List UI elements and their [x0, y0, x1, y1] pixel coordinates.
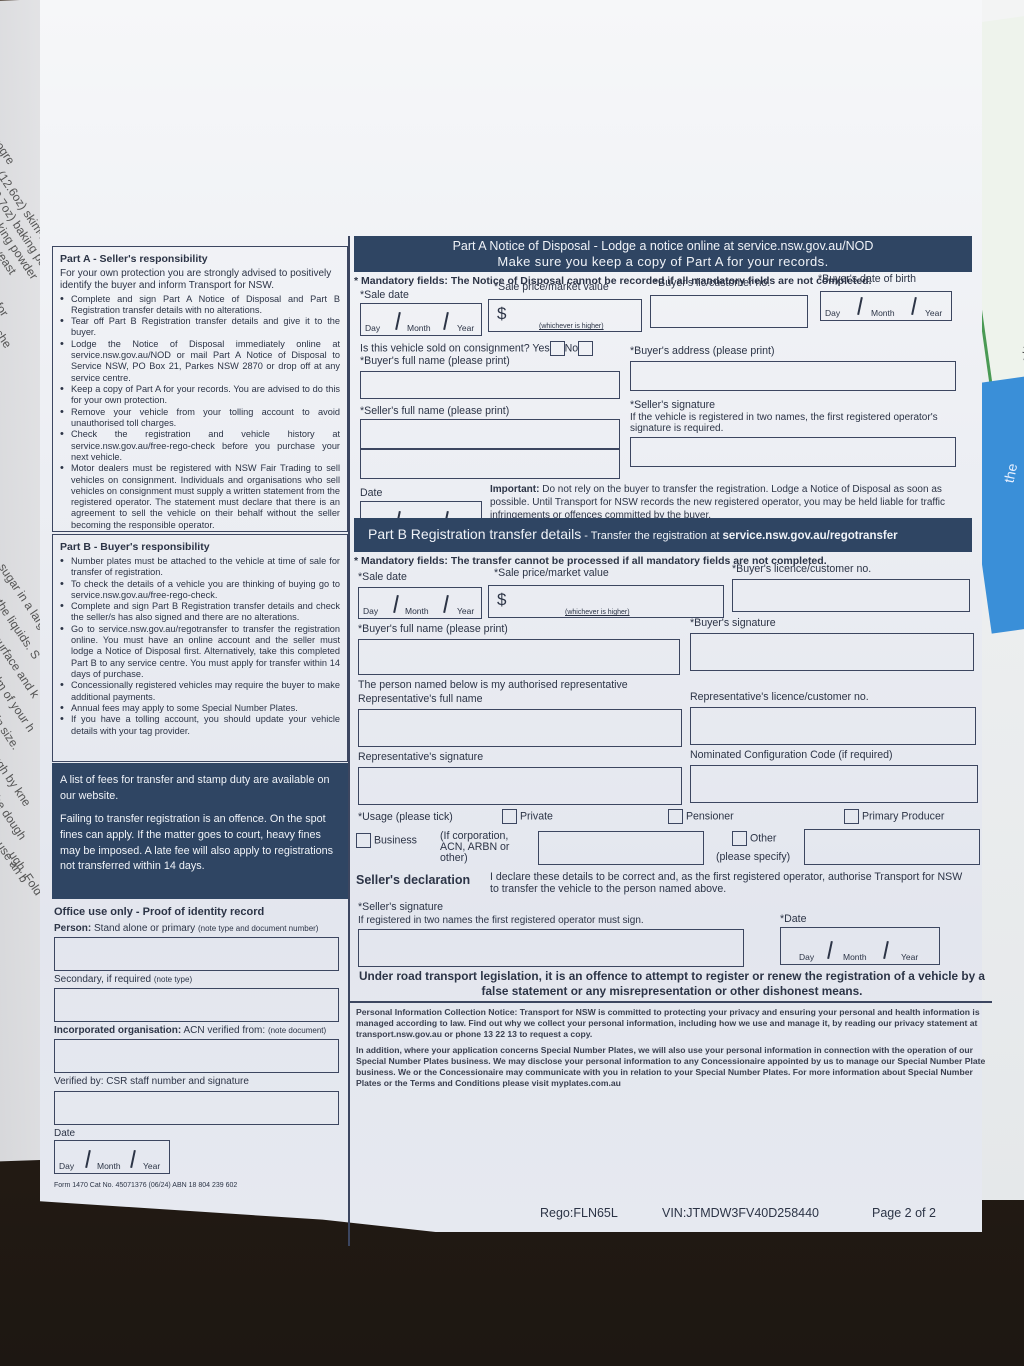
month-label: Month [97, 1161, 121, 1171]
background-green-text: • How effective ... observations analysi… [1019, 0, 1024, 363]
year-label: Year [457, 606, 474, 616]
usage-label: *Usage (please tick) [358, 811, 453, 823]
privacy-title: Personal Information Collection Notice: [356, 1007, 517, 1017]
list-item: Remove your vehicle from your tolling ac… [60, 407, 340, 430]
consignment-yes-checkbox[interactable] [550, 341, 565, 356]
day-label: Day [799, 952, 814, 962]
other-usage-field[interactable] [804, 829, 980, 865]
consignment-no-checkbox[interactable] [578, 341, 593, 356]
usage-business-option[interactable]: Business [356, 833, 417, 848]
banner-title: Part B Registration transfer details [368, 526, 581, 542]
usage-other-option[interactable]: Other [732, 831, 776, 846]
year-label: Year [901, 952, 918, 962]
list-item: Go to service.nsw.gov.au/regotransfer to… [60, 624, 340, 681]
partB-buyer-lic-field[interactable] [732, 579, 970, 612]
other-note: (please specify) [716, 851, 790, 863]
business-note: (If corporation, ACN, ARBN or other) [440, 831, 534, 864]
buyer-sig-label: *Buyer's signature [690, 617, 776, 629]
rego-number: Rego:FLN65L [540, 1206, 618, 1220]
buyer-responsibility-panel: Part B - Buyer's responsibility Number p… [52, 534, 348, 762]
partA-seller-sig-note: If the vehicle is registered in two name… [630, 412, 956, 434]
buyer-name-label: *Buyer's full name (please print) [360, 355, 510, 367]
fees-offence-note: A list of fees for transfer and stamp du… [52, 763, 348, 899]
notice-of-disposal-section: Part A Notice of Disposal - Lodge a noti… [354, 236, 972, 524]
rep-signature-field[interactable] [358, 767, 682, 805]
buyer-signature-field[interactable] [690, 633, 974, 671]
date-separator [883, 941, 889, 959]
secondary-id-field[interactable] [54, 988, 339, 1022]
background-blue-text: the [1001, 462, 1021, 484]
field-divider [361, 448, 619, 450]
verified-label: Verified by: CSR staff number and signat… [54, 1076, 346, 1088]
date-separator [443, 595, 449, 613]
other-checkbox[interactable] [732, 831, 747, 846]
sale-price-label: *Sale price/market value [494, 281, 609, 293]
month-label: Month [405, 606, 429, 616]
list-item: Lodge the Notice of Disposal immediately… [60, 339, 340, 384]
list-item: Annual fees may apply to some Special Nu… [60, 703, 340, 714]
buyer-responsibility-title: Part B - Buyer's responsibility [60, 541, 340, 554]
page-number: Page 2 of 2 [872, 1206, 936, 1220]
seller-responsibility-panel: Part A - Seller's responsibility For you… [52, 246, 348, 532]
office-use-section: Office use only - Proof of identity reco… [52, 902, 348, 1202]
config-code-field[interactable] [690, 765, 978, 803]
dollar-sign: $ [497, 304, 506, 324]
sale-date-label: *Sale date [360, 289, 409, 301]
buyer-responsibility-list: Number plates must be attached to the ve… [60, 556, 340, 737]
list-item: Keep a copy of Part A for your records. … [60, 384, 340, 407]
seller-responsibility-title: Part A - Seller's responsibility [60, 253, 340, 266]
buyer-address-field[interactable] [630, 361, 956, 391]
month-label: Month [407, 323, 431, 333]
date-separator [911, 297, 917, 315]
rep-lic-label: Representative's licence/customer no. [690, 691, 869, 703]
mandatory-note: * Mandatory fields: The transfer cannot … [354, 555, 972, 567]
partA-seller-signature-field[interactable] [630, 437, 956, 467]
whichever-note: (whichever is higher) [539, 323, 604, 330]
org-label: Incorporated organisation: ACN verified … [54, 1025, 346, 1037]
list-item: To check the details of a vehicle you ar… [60, 579, 340, 602]
seller-name-label: *Seller's full name (please print) [360, 405, 509, 417]
section-divider [350, 1001, 992, 1003]
partA-buyer-lic-field[interactable] [650, 295, 808, 328]
partA-sale-date-field[interactable]: Day Month Year [360, 303, 482, 336]
buyer-lic-label: *Buyer's lic/customer no. [654, 277, 770, 289]
date-separator [395, 312, 401, 330]
rep-name-field[interactable] [358, 709, 682, 747]
regotransfer-link[interactable]: service.nsw.gov.au/regotransfer [722, 530, 897, 542]
list-item: Check the registration and vehicle histo… [60, 429, 340, 463]
banner-line-2: Make sure you keep a copy of Part A for … [360, 254, 966, 270]
dollar-sign: $ [497, 590, 506, 610]
date-separator [827, 941, 833, 959]
day-label: Day [363, 606, 378, 616]
partB-seller-sig-note: If registered in two names the first reg… [358, 915, 644, 926]
whichever-note: (whichever is higher) [565, 609, 630, 616]
org-acn-field[interactable] [54, 1039, 339, 1073]
office-date-field[interactable]: Day Month Year [54, 1140, 170, 1174]
list-item: Number plates must be attached to the ve… [60, 556, 340, 579]
year-label: Year [457, 323, 474, 333]
person-id-field[interactable] [54, 937, 339, 971]
offence-note-text: Failing to transfer registration is an o… [60, 812, 340, 875]
banner-line-1: Part A Notice of Disposal - Lodge a noti… [360, 239, 966, 254]
usage-private-option[interactable]: Private [502, 809, 553, 824]
config-code-label: Nominated Configuration Code (if require… [690, 749, 893, 761]
office-date-label: Date [54, 1128, 346, 1140]
buyer-address-label: *Buyer's address (please print) [630, 345, 775, 357]
notice-of-disposal-banner: Part A Notice of Disposal - Lodge a noti… [354, 236, 972, 272]
month-label: Month [871, 308, 895, 318]
verified-by-field[interactable] [54, 1091, 339, 1125]
sale-date-label: *Sale date [358, 571, 407, 583]
date-separator [857, 297, 863, 315]
list-item: Complete and sign Part B Registration tr… [60, 601, 340, 624]
seller-responsibility-list: Complete and sign Part A Notice of Dispo… [60, 294, 340, 532]
partA-buyer-name-field[interactable] [360, 371, 620, 399]
partB-sale-price-field[interactable]: $ (whichever is higher) [488, 585, 724, 618]
partB-date-label: *Date [780, 913, 807, 925]
banner-subtitle: - Transfer the registration at [581, 530, 722, 542]
sale-price-label: *Sale price/market value [494, 567, 609, 579]
buyer-name-label: *Buyer's full name (please print) [358, 623, 508, 635]
list-item: If you have a tolling account, you shoul… [60, 714, 340, 737]
usage-primary-producer-option[interactable]: Primary Producer [844, 809, 944, 824]
list-item: Motor dealers must be registered with NS… [60, 463, 340, 531]
partB-seller-sig-label: *Seller's signature [358, 901, 443, 913]
date-separator [130, 1150, 136, 1168]
legal-warning: Under road transport legislation, it is … [354, 969, 990, 998]
partA-date-label: Date [360, 487, 382, 499]
fees-note-text: A list of fees for transfer and stamp du… [60, 773, 340, 804]
business-checkbox[interactable] [356, 833, 371, 848]
office-use-title: Office use only - Proof of identity reco… [54, 906, 346, 920]
date-separator [85, 1150, 91, 1168]
consignment-label: Is this vehicle sold on consignment? Yes… [360, 341, 593, 356]
partA-sale-price-field[interactable]: $ (whichever is higher) [488, 299, 642, 332]
day-label: Day [59, 1161, 74, 1171]
rep-sig-label: Representative's signature [358, 751, 483, 763]
date-separator [393, 595, 399, 613]
list-item: Complete and sign Part A Notice of Dispo… [60, 294, 340, 317]
vin-number: VIN:JTMDW3FV40D258440 [662, 1206, 819, 1220]
partB-buyer-name-field[interactable] [358, 639, 680, 675]
privacy-paragraph-2: In addition, where your application conc… [356, 1045, 996, 1090]
registration-transfer-banner: Part B Registration transfer details - T… [354, 518, 972, 552]
registration-transfer-section: Part B Registration transfer details - T… [354, 518, 972, 1288]
private-checkbox[interactable] [502, 809, 517, 824]
seller-declaration-title: Seller's declaration [356, 873, 470, 887]
buyer-lic-label: *Buyer's licence/customer no. [732, 563, 871, 575]
month-label: Month [843, 952, 867, 962]
year-label: Year [143, 1161, 160, 1171]
buyer-dob-label: *Buyer's date of birth [818, 273, 916, 285]
year-label: Year [925, 308, 942, 318]
column-divider [348, 236, 350, 1246]
business-acn-field[interactable] [538, 831, 704, 865]
partB-seller-signature-field[interactable] [358, 929, 744, 967]
buyer-dob-field[interactable]: Day Month Year [820, 291, 952, 321]
day-label: Day [825, 308, 840, 318]
seller-name-field[interactable] [360, 419, 620, 479]
important-notice: Important: Do not rely on the buyer to t… [490, 483, 962, 522]
partB-date-field[interactable]: Day Month Year [780, 927, 940, 965]
pensioner-checkbox[interactable] [668, 809, 683, 824]
day-label: Day [365, 323, 380, 333]
recipe-line: 1 Progre [0, 121, 18, 167]
seller-responsibility-intro: For your own protection you are strongly… [60, 268, 340, 293]
rep-name-label: Representative's full name [358, 693, 483, 705]
secondary-label: Secondary, if required (note type) [54, 974, 346, 986]
partA-seller-sig-label: *Seller's signature [630, 399, 715, 411]
seller-declaration-text: I declare these details to be correct an… [490, 871, 974, 895]
list-item: Concessionally registered vehicles may r… [60, 680, 340, 703]
partB-sale-date-field[interactable]: Day Month Year [358, 587, 482, 619]
rep-intro-label: The person named below is my authorised … [358, 679, 628, 691]
primary-producer-checkbox[interactable] [844, 809, 859, 824]
list-item: Tear off Part B Registration transfer de… [60, 316, 340, 339]
usage-pensioner-option[interactable]: Pensioner [668, 809, 734, 824]
form-number: Form 1470 Cat No. 45071376 (06/24) ABN 1… [54, 1182, 346, 1191]
person-label: Person: Stand alone or primary (note typ… [54, 923, 346, 935]
date-separator [443, 312, 449, 330]
rep-lic-field[interactable] [690, 707, 976, 745]
privacy-notice: Personal Information Collection Notice: … [356, 1007, 996, 1093]
